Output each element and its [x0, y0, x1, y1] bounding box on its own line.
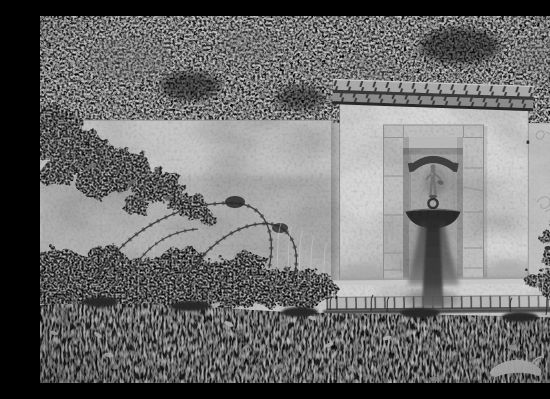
photo-canvas: [40, 16, 550, 383]
wall-fountain-photograph: [40, 16, 550, 383]
vignette-overlay: [40, 16, 550, 383]
